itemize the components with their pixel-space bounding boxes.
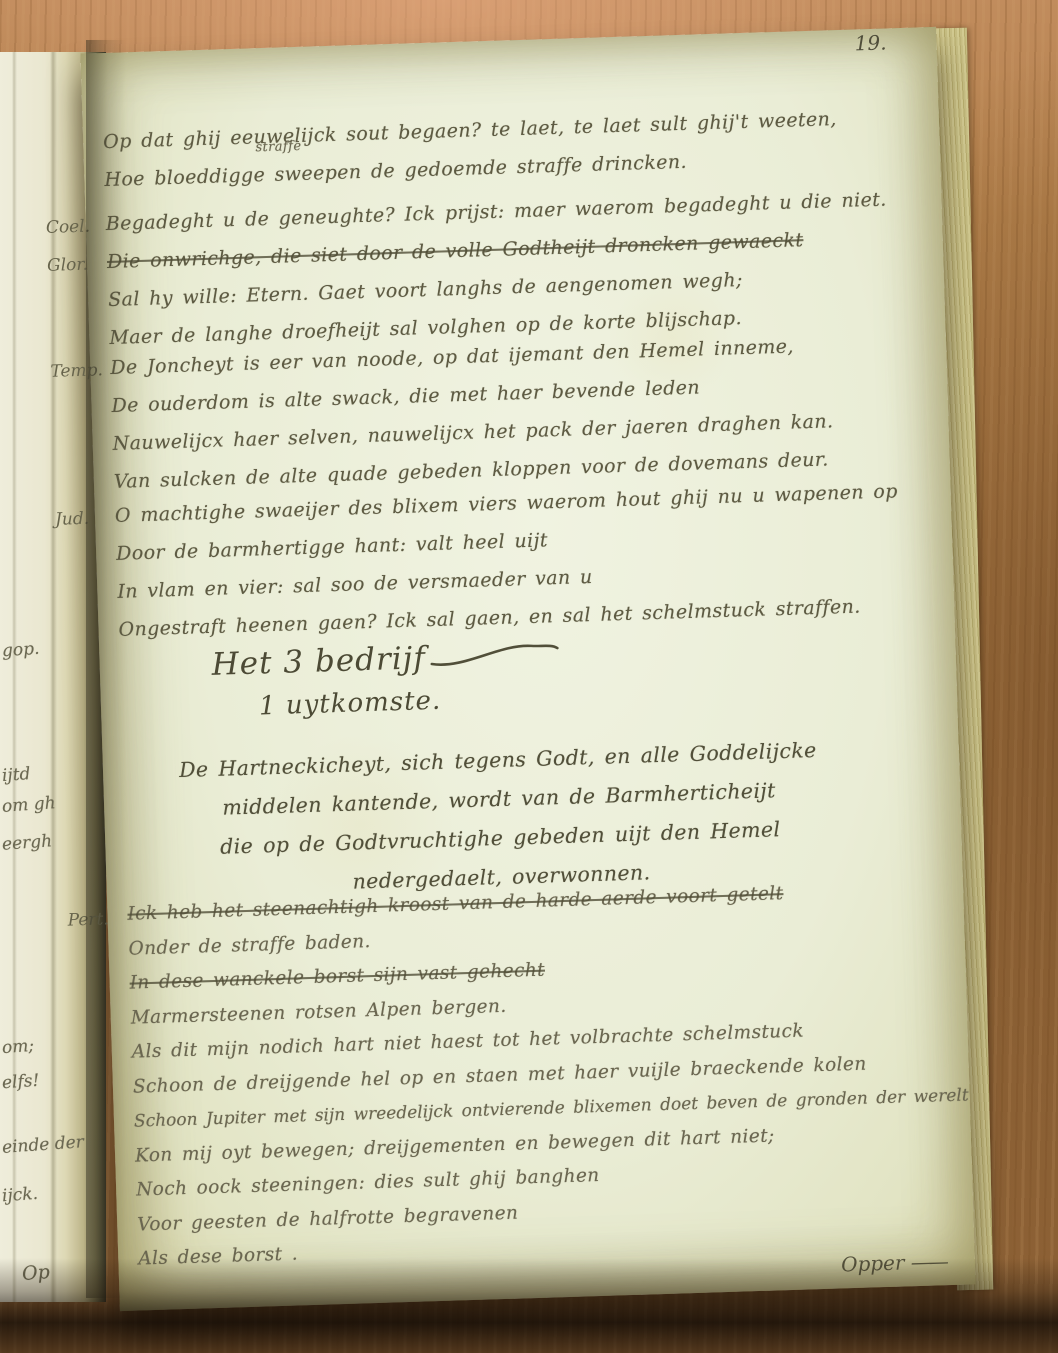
speaker-label-line: Coel.	[45, 207, 102, 247]
page-number: 19.	[854, 30, 887, 55]
speaker-label-line: Jud.	[54, 499, 111, 539]
facing-page-text-fragment: eergh	[1, 831, 52, 854]
photo-of-manuscript: gop. ijtd om gh eergh om; elfs! einde de…	[0, 0, 1058, 1353]
speaker-label: Pert.	[67, 900, 124, 940]
speaker-label: Coel. Glor.	[45, 207, 103, 285]
facing-page-text-fragment: gop.	[1, 639, 40, 662]
facing-page-text-fragment: om gh	[1, 793, 56, 817]
speaker-label: Temp.	[50, 351, 107, 391]
facing-page-text-fragment: om;	[1, 1036, 34, 1058]
facing-page-text-fragment: ijtd	[1, 764, 31, 786]
speaker-label-line: Glor.	[47, 245, 104, 285]
speaker-label-line: Temp.	[50, 351, 107, 391]
act-heading-text: Het 3 bedrijf	[211, 640, 426, 683]
facing-page-text-fragment: elfs!	[1, 1071, 40, 1094]
speaker-label-line: Pert.	[67, 900, 124, 940]
interlinear-insertion: straffe	[255, 140, 301, 154]
facing-page-text-fragment: einde der	[1, 1132, 84, 1158]
facing-page-text-fragment: ijck.	[1, 1184, 38, 1206]
handwritten-text-layer: 19. Op dat ghij eeuwelijck sout begaen? …	[80, 27, 975, 1311]
book-shadow	[0, 1258, 1058, 1353]
speaker-label: Jud.	[54, 499, 111, 539]
speech-block: Pert. Ick heb het steenachtigh kroost va…	[107, 871, 974, 1277]
pen-flourish	[429, 640, 560, 670]
manuscript-page: 19. Op dat ghij eeuwelijck sout begaen? …	[80, 27, 975, 1311]
